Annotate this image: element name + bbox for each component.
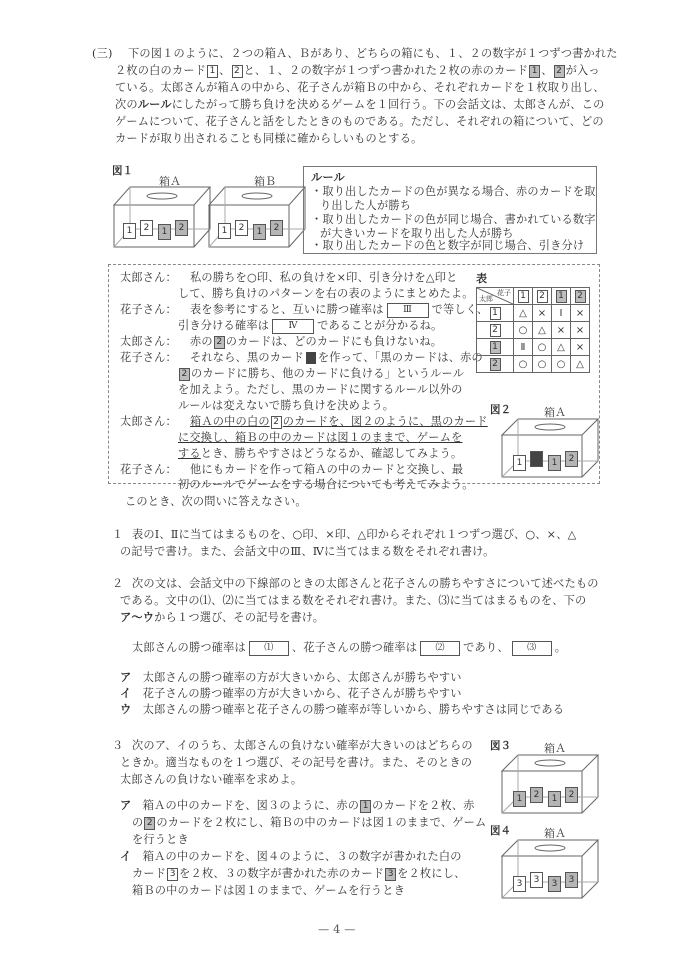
- fig3-card: 2: [530, 787, 543, 803]
- fig2-card: 2: [565, 451, 578, 467]
- dialogue-line: 表を参考にすると、互いに勝つ確率はⅢで等しく、: [190, 302, 488, 318]
- q2-line-3: ア～ウから１つ選び、その記号を書け。: [120, 610, 324, 625]
- section-number: (三): [92, 46, 113, 61]
- dialogue-line: して、勝ち負けのパターンを右の表のようにまとめたよ。: [178, 286, 474, 301]
- q3-choice-i-cont: カード3を２枚、３の数字が書かれた赤のカード3を２枚にし、: [132, 866, 465, 881]
- table-row: 1 △×Ⅰ×: [477, 305, 590, 322]
- fig2-card: 1: [513, 455, 526, 471]
- dialogue-line: 初のルールでゲームをする場合についても考えてみよう。: [178, 477, 474, 492]
- blank-IV: Ⅳ: [272, 319, 314, 334]
- intro-line-5: ゲームについて、花子さんと話をしたときのものである。ただし、それぞれの箱について…: [115, 114, 604, 129]
- page-number: — 4 —: [318, 922, 356, 937]
- white-card-2: 2: [232, 65, 243, 78]
- intro-line-4: 次のルールにしたがって勝ち負けを決めるゲームを１回行う。下の会話文は、太郎さんが…: [115, 97, 604, 112]
- fig1-B-card: 1: [218, 223, 231, 239]
- q2-choice-u: ウ 太郎さんの勝つ確率と花子さんの勝つ確率が等しいから、勝ちやすさは同じである: [120, 702, 564, 717]
- red-card-2: 2: [554, 65, 565, 78]
- q3-line-2: ときか。適当なものを１つ選び、その記号を書け。また、そのときの: [120, 755, 472, 770]
- fig3-card: 1: [548, 791, 561, 807]
- fig4-card: 3: [565, 872, 578, 888]
- fig1-B-card: 2: [235, 220, 248, 236]
- fig1-A-card: 2: [175, 220, 188, 236]
- white-card-1: 1: [207, 65, 218, 78]
- col-header: 2: [575, 290, 586, 303]
- table-row: 1 Ⅱ○△×: [477, 339, 590, 356]
- red-card-2: 2: [214, 336, 225, 349]
- q2-choice-a: ア 太郎さんの勝つ確率の方が大きいから、太郎さんが勝ちやすい: [120, 670, 462, 685]
- speaker-taro: 太郎さん：: [120, 414, 177, 429]
- blank-III: Ⅲ: [387, 303, 429, 318]
- col-header: 1: [556, 290, 567, 303]
- black-card: [306, 352, 316, 364]
- col-header: 2: [537, 290, 548, 303]
- q1-line-2: の記号で書け。また、会話文中のⅢ、Ⅳに当てはまる数をそれぞれ書け。: [120, 544, 494, 559]
- dialogue-line: を加えよう。ただし、黒のカードに関するルール以外の: [178, 382, 462, 397]
- intro-line-6: カードが取り出されることも同様に確からしいものとする。: [115, 131, 422, 146]
- col-header: 1: [518, 290, 529, 303]
- rules-box: ルール ・取り出したカードの色が異なる場合、赤のカードを取 り出した人が勝ち ・…: [303, 166, 597, 254]
- underlined-line: に交換し、箱Ｂの中のカードは図１のままで、ゲームを: [178, 430, 462, 445]
- q2-line-1: 次の文は、会話文中の下線部のときの太郎さんと花子さんの勝ちやすさについて述べたも…: [132, 576, 599, 591]
- fig2-black-card: [530, 451, 543, 467]
- speaker-hanako: 花子さん：: [120, 350, 177, 365]
- result-table: 花子 太郎 1 2 1 2 1 △×Ⅰ× 2 ○△×× 1 Ⅱ○△× 2 ○○○…: [476, 287, 590, 373]
- corner-taro: 太郎: [479, 294, 493, 304]
- figure4-label: 図４: [490, 823, 511, 838]
- q3-line-3: 太郎さんの負けない確率を求めよ。: [120, 772, 302, 787]
- corner-hanako: 花子: [497, 288, 511, 298]
- white-card-2: 2: [271, 416, 282, 429]
- dialogue-line: するとき、勝ちやすさはどうなるか、確認してみよう。: [178, 446, 462, 461]
- fig1-A-card: 1: [158, 224, 171, 240]
- fig1-A-card: 1: [123, 223, 136, 239]
- figure2-label: 図２: [490, 402, 511, 417]
- red-card-1: 1: [529, 65, 540, 78]
- rule-3: ・取り出したカードの色と数字が同じ場合、引き分け: [311, 238, 584, 253]
- q3-choice-a-cont: を行うとき: [132, 832, 189, 847]
- fig1-A-card: 2: [140, 220, 153, 236]
- fig4-card: 3: [513, 876, 526, 892]
- prompt: このとき、次の問いに答えなさい。: [125, 494, 307, 509]
- q3-choice-a-cont: の2のカードを２枚にし、箱Ｂの中のカードは図１のままで、ゲーム: [132, 815, 486, 830]
- fig1-B-card: 1: [253, 224, 266, 240]
- blank-3: ⑶: [512, 641, 552, 656]
- dialogue-line: 他にもカードを作って箱Ａの中のカードと交換し、最: [190, 462, 463, 477]
- q3-choice-i: イ 箱Ａの中のカードを、図４のように、３の数字が書かれた白の: [120, 849, 462, 864]
- rule-2: ・取り出したカードの色が同じ場合、書かれている数字: [311, 212, 596, 227]
- speaker-taro: 太郎さん：: [120, 334, 177, 349]
- fig4-card: 3: [548, 876, 561, 892]
- q2-number: ２: [112, 576, 123, 591]
- dialogue-line: 引き分ける確率はⅣであることが分かるね。: [178, 318, 442, 334]
- q2-line-2: である。文中の⑴、⑵に当てはまる数をそれぞれ書け。また、⑶に当てはまるものを、下…: [120, 593, 586, 608]
- table-row: 2 ○△××: [477, 322, 590, 339]
- underlined-line: 箱Ａの中の白の2のカードを、図２のように、黒のカード: [190, 414, 488, 429]
- figure1-label: 図１: [112, 163, 133, 178]
- q3-choice-i-cont: 箱Ｂの中のカードは図１のままで、ゲームを行うとき: [132, 883, 405, 898]
- speaker-hanako: 花子さん：: [120, 462, 177, 477]
- rule-1-cont: り出した人が勝ち: [320, 198, 411, 213]
- dialogue-line: 2のカードに勝ち、他のカードに負ける」というルール: [178, 366, 464, 381]
- fig3-card: 2: [565, 787, 578, 803]
- speaker-hanako: 花子さん：: [120, 302, 177, 317]
- q3-choice-a: ア 箱Ａの中のカードを、図３のように、赤の1のカードを２枚、赤: [120, 798, 475, 813]
- figure3-label: 図３: [490, 738, 511, 753]
- q1-line-1: 表のⅠ、Ⅱに当てはまるものを、○印、×印、△印からそれぞれ１つずつ選び、○、×、…: [132, 527, 576, 542]
- blank-1: ⑴: [249, 641, 289, 656]
- fig4-card: 3: [530, 872, 543, 888]
- q3-number: ３: [112, 738, 123, 753]
- table-title: 表: [476, 270, 487, 286]
- intro-line-3: ている。太郎さんが箱Ａの中から、花子さんが箱Ｂの中から、それぞれカードを１枚取り…: [115, 80, 605, 95]
- q2-choice-i: イ 花子さんの勝つ確率の方が大きいから、花子さんが勝ちやすい: [120, 686, 462, 701]
- intro-line-1: 下の図１のように、２つの箱Ａ、Ｂがあり、どちらの箱にも、１、２の数字が１つずつ書…: [128, 46, 618, 61]
- dialogue-line: 赤の2のカードは、どのカードにも負けないね。: [190, 334, 442, 349]
- fig2-card: 1: [548, 455, 561, 471]
- q1-number: １: [112, 527, 123, 542]
- rule-1: ・取り出したカードの色が異なる場合、赤のカードを取: [311, 184, 596, 199]
- dialogue-line: 私の勝ちを○印、私の負けを×印、引き分けを△印と: [190, 270, 457, 285]
- q2-sentence: 太郎さんの勝つ確率は⑴、花子さんの勝つ確率は⑵であり、⑶。: [132, 640, 566, 656]
- table-row: 2 ○○○△: [477, 356, 590, 373]
- red-card-2: 2: [179, 368, 190, 381]
- blank-2: ⑵: [420, 641, 460, 656]
- q3-line-1: 次のア、イのうち、太郎さんの負けない確率が大きいのはどちらの: [132, 738, 473, 753]
- fig1-B-card: 2: [270, 220, 283, 236]
- speaker-taro: 太郎さん：: [120, 270, 177, 285]
- figure1-boxes-drawing: [112, 185, 307, 250]
- dialogue-line: ルールは変えないで勝ち負けを決めよう。: [178, 398, 394, 413]
- dialogue-line: それなら、黒のカードを作って、「黒のカードは、赤の: [190, 350, 483, 365]
- rules-title: ルール: [311, 170, 345, 185]
- intro-line-2: ２枚の白のカード1、2と、１、２の数字が１つずつ書かれた２枚の赤のカード1、2が…: [115, 63, 600, 78]
- fig3-card: 1: [513, 791, 526, 807]
